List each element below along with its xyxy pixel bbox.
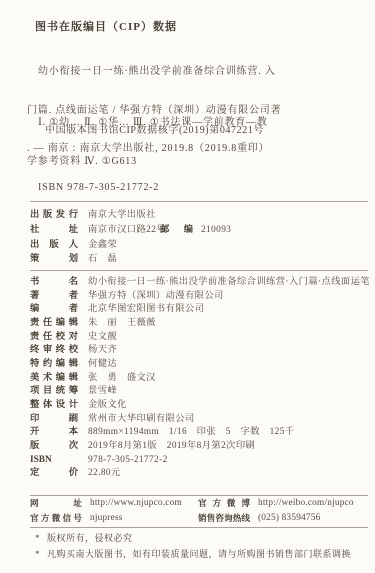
row-value: 210093 — [201, 225, 231, 235]
info-row: 社址南京市汉口路22号邮编210093 — [30, 223, 369, 238]
website-url: http://www.njupco.com — [90, 498, 182, 508]
row-value: 常州市大华印刷有限公司 — [88, 414, 195, 424]
row-label: 社址 — [30, 223, 78, 238]
asterisk-bullet: * — [35, 547, 47, 563]
row-label: 出版人 — [30, 238, 78, 253]
row-label: 销售咨询热线 — [198, 511, 250, 526]
info-row: 定价22.80元 — [30, 467, 369, 481]
row-value: 杨天齐 — [88, 345, 117, 355]
row-value: 朱 丽 王薇薇 — [88, 318, 156, 328]
row-value: 景雪峰 — [88, 386, 117, 396]
row-value: 张 勇 盛文汉 — [88, 373, 156, 383]
row-value: 幼小衔接一日一练·熊出没学前准备综合训练营·入门篇·点线面运笔 — [88, 277, 370, 287]
copyright-note: *版权所有，侵权必究 — [35, 531, 367, 547]
contact-row: 官方微博http://weibo.com/njupco — [198, 496, 369, 511]
row-value: 何健达 — [88, 359, 117, 369]
row-label: 邮编 — [160, 223, 193, 238]
info-row: 开本889mm×1194mm 1/16 印张 5 字数 125千 — [30, 426, 369, 440]
row-label: 定价 — [30, 467, 78, 481]
row-label: 印刷 — [30, 413, 78, 427]
row-value: 889mm×1194mm 1/16 印张 5 字数 125千 — [88, 427, 294, 437]
classification-block: Ⅰ. ①幼… Ⅱ. ①华… Ⅲ. ①书法课—学前教育—教 学参考资料 Ⅳ. ①G… — [27, 90, 361, 194]
row-label: 官方微信号 — [30, 511, 82, 526]
contact-left-column: 网址http://www.njupco.com 官方微信号njupress — [30, 496, 198, 526]
info-row: 责任编辑朱 丽 王薇薇 — [30, 317, 369, 331]
row-value: 史文靓 — [88, 332, 117, 342]
info-row: 美术编辑张 勇 盛文汉 — [30, 372, 369, 386]
row-label: 责任编辑 — [30, 317, 78, 331]
row-label: 项目统筹 — [30, 385, 78, 399]
contact-row: 官方微信号njupress — [30, 511, 198, 526]
row-label: 著者 — [30, 290, 78, 304]
contact-section: 网址http://www.njupco.com 官方微信号njupress 官方… — [30, 496, 369, 526]
contact-row: 网址http://www.njupco.com — [30, 496, 198, 511]
notes-section: *版权所有，侵权必究 *凡购买南大版图书，如有印装质量问题，请与所购图书销售部门… — [35, 531, 367, 562]
row-value: 金鑫荣 — [88, 240, 117, 250]
info-row: 出版发行南京大学出版社 — [30, 208, 369, 223]
cip-registry-number: 中国版本图书馆CIP数据核字(2019)第047221号 — [27, 121, 264, 136]
row-label: 开本 — [30, 426, 78, 440]
row-value: 南京市汉口路22号 — [88, 223, 160, 238]
note-text: 版权所有，侵权必究 — [47, 533, 133, 543]
row-label: 官方微博 — [198, 496, 250, 511]
row-label: 终审终校 — [30, 344, 78, 358]
info-row: 整体设计金版文化 — [30, 399, 369, 413]
info-row: 版次2019年8月第1版 2019年8月第2次印刷 — [30, 440, 369, 454]
info-row: 项目统筹景雪峰 — [30, 385, 369, 399]
info-row: 编者北京华图宏阳图书有限公司 — [30, 303, 369, 317]
publisher-info-section: 出版发行南京大学出版社 社址南京市汉口路22号邮编210093 出版人金鑫荣 策… — [30, 208, 369, 267]
asterisk-bullet: * — [35, 531, 47, 547]
cip-line: 幼小衔接一日一练·熊出没学前准备综合训练营. 入 — [27, 66, 361, 79]
row-label: 责任校对 — [30, 331, 78, 345]
copyright-page: 图书在版编目（CIP）数据 幼小衔接一日一练·熊出没学前准备综合训练营. 入 门… — [0, 0, 375, 573]
row-value: 北京华图宏阳图书有限公司 — [88, 304, 204, 314]
wechat-id: njupress — [90, 513, 123, 523]
hotline-number: (025) 83594756 — [258, 513, 320, 523]
cip-header: 图书在版编目（CIP）数据 — [35, 18, 177, 34]
info-row: 策划石 磊 — [30, 252, 369, 267]
row-value: 华强方特（深圳）动漫有限公司 — [88, 291, 224, 301]
row-value: 2019年8月第1版 2019年8月第2次印刷 — [88, 441, 255, 451]
divider-rule — [30, 201, 368, 202]
info-row: 著者华强方特（深圳）动漫有限公司 — [30, 290, 369, 304]
row-label: 编者 — [30, 303, 78, 317]
row-label: 策划 — [30, 252, 78, 267]
row-label: 出版发行 — [30, 208, 78, 223]
info-row: 出版人金鑫荣 — [30, 238, 369, 253]
row-value: 22.80元 — [88, 468, 121, 478]
row-value: 金版文化 — [88, 400, 127, 410]
info-row: 书名幼小衔接一日一练·熊出没学前准备综合训练营·入门篇·点线面运笔 — [30, 276, 369, 290]
row-label: 网址 — [30, 496, 82, 511]
info-row: 终审终校杨天齐 — [30, 344, 369, 358]
row-label: 书名 — [30, 276, 78, 290]
row-label: 版次 — [30, 440, 78, 454]
info-row: 印刷常州市大华印刷有限公司 — [30, 413, 369, 427]
info-row: 责任校对史文靓 — [30, 331, 369, 345]
row-label: ISBN — [30, 454, 78, 468]
row-label: 特约编辑 — [30, 358, 78, 372]
row-value: 978-7-305-21772-2 — [88, 455, 168, 465]
row-label: 美术编辑 — [30, 372, 78, 386]
row-label: 整体设计 — [30, 399, 78, 413]
classification-line: 学参考资料 Ⅳ. ①G613 — [27, 155, 361, 168]
info-row: 特约编辑何健达 — [30, 358, 369, 372]
book-info-section: 书名幼小衔接一日一练·熊出没学前准备综合训练营·入门篇·点线面运笔 著者华强方特… — [30, 276, 369, 481]
row-value: 石 磊 — [88, 254, 117, 264]
weibo-url: http://weibo.com/njupco — [258, 498, 354, 508]
row-value: 南京大学出版社 — [88, 210, 156, 220]
note-text: 凡购买南大版图书，如有印装质量问题，请与所购图书销售部门联系调换 — [47, 549, 351, 559]
divider-rule — [30, 270, 368, 271]
divider-rule — [30, 527, 368, 528]
info-row: ISBN978-7-305-21772-2 — [30, 454, 369, 468]
exchange-note: *凡购买南大版图书，如有印装质量问题，请与所购图书销售部门联系调换 — [35, 547, 367, 563]
contact-row: 销售咨询热线(025) 83594756 — [198, 511, 369, 526]
contact-right-column: 官方微博http://weibo.com/njupco 销售咨询热线(025) … — [198, 496, 369, 526]
